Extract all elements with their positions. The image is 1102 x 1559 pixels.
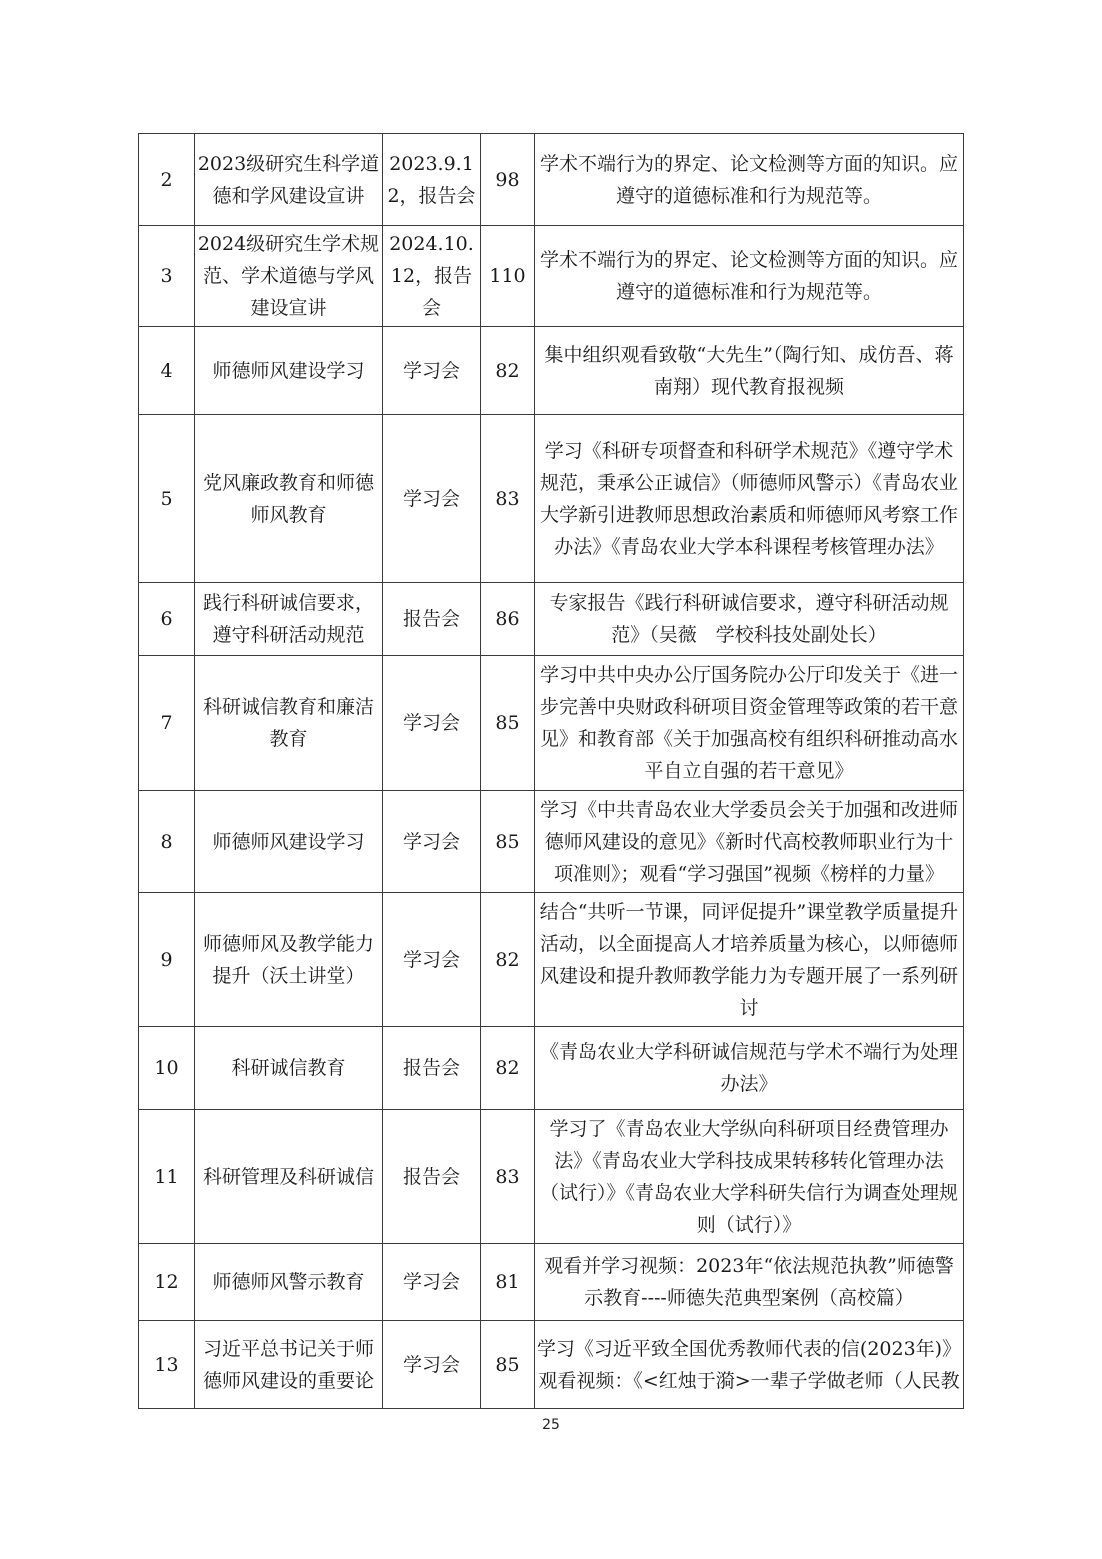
participant-count-cell: 83 — [481, 1110, 535, 1244]
row-number-cell: 8 — [139, 791, 195, 893]
activity-content-cell: 学习了《青岛农业大学纵向科研项目经费管理办法》《青岛农业大学科技成果转移转化管理… — [535, 1110, 964, 1244]
participant-count-cell: 85 — [481, 1321, 535, 1409]
table-row: 12师德师风警示教育学习会81观看并学习视频：2023年“依法规范执教”师德警示… — [139, 1244, 964, 1321]
activity-title-cell: 践行科研诚信要求，遵守科研活动规范 — [195, 583, 383, 656]
table-row: 8师德师风建设学习学习会85学习《中共青岛农业大学委员会关于加强和改进师德师风建… — [139, 791, 964, 893]
activity-title-cell: 科研管理及科研诚信 — [195, 1110, 383, 1244]
row-number-cell: 2 — [139, 134, 195, 226]
activity-content-cell: 观看并学习视频：2023年“依法规范执教”师德警示教育----师德失范典型案例（… — [535, 1244, 964, 1321]
activity-form-cell: 学习会 — [383, 1244, 481, 1321]
activity-form-cell: 2024.10.12，报告会 — [383, 226, 481, 327]
participant-count-cell: 85 — [481, 791, 535, 893]
activity-form-cell: 2023.9.12，报告会 — [383, 134, 481, 226]
table-row: 13习近平总书记关于师德师风建设的重要论学习会85学习《习近平致全国优秀教师代表… — [139, 1321, 964, 1409]
activity-content-cell: 学术不端行为的界定、论文检测等方面的知识。应遵守的道德标准和行为规范等。 — [535, 134, 964, 226]
activity-title-cell: 科研诚信教育 — [195, 1027, 383, 1110]
activity-form-cell: 报告会 — [383, 1110, 481, 1244]
participant-count-cell: 86 — [481, 583, 535, 656]
page-number: 25 — [0, 1417, 1102, 1433]
activity-title-cell: 科研诚信教育和廉洁教育 — [195, 656, 383, 791]
table-row: 9师德师风及教学能力提升（沃土讲堂）学习会82结合“共听一节课，同评促提升”课堂… — [139, 893, 964, 1027]
participant-count-cell: 110 — [481, 226, 535, 327]
table-row: 6践行科研诚信要求，遵守科研活动规范报告会86专家报告《践行科研诚信要求，遵守科… — [139, 583, 964, 656]
activity-content-cell: 《青岛农业大学科研诚信规范与学术不端行为处理办法》 — [535, 1027, 964, 1110]
activity-title-cell: 2023级研究生科学道德和学风建设宣讲 — [195, 134, 383, 226]
participant-count-cell: 85 — [481, 656, 535, 791]
activity-form-cell: 学习会 — [383, 327, 481, 415]
activity-form-cell: 学习会 — [383, 1321, 481, 1409]
activity-form-cell: 学习会 — [383, 893, 481, 1027]
row-number-cell: 3 — [139, 226, 195, 327]
activity-title-cell: 习近平总书记关于师德师风建设的重要论 — [195, 1321, 383, 1409]
activity-content-cell: 学习《科研专项督查和科研学术规范》《遵守学术规范，秉承公正诚信》（师德师风警示）… — [535, 415, 964, 583]
activity-content-cell: 集中组织观看致敬“大先生”（陶行知、成仿吾、蒋南翔）现代教育报视频 — [535, 327, 964, 415]
activity-content-cell: 学习《习近平致全国优秀教师代表的信(2023年)》观看视频：《<红烛于漪>一辈子… — [535, 1321, 964, 1409]
activity-form-cell: 学习会 — [383, 415, 481, 583]
table-row: 7科研诚信教育和廉洁教育学习会85学习中共中央办公厅国务院办公厅印发关于《进一步… — [139, 656, 964, 791]
row-number-cell: 5 — [139, 415, 195, 583]
participant-count-cell: 82 — [481, 327, 535, 415]
participant-count-cell: 98 — [481, 134, 535, 226]
row-number-cell: 13 — [139, 1321, 195, 1409]
table-row: 32024级研究生学术规范、学术道德与学风建设宣讲2024.10.12，报告会1… — [139, 226, 964, 327]
activity-content-cell: 结合“共听一节课，同评促提升”课堂教学质量提升活动，以全面提高人才培养质量为核心… — [535, 893, 964, 1027]
activity-title-cell: 师德师风建设学习 — [195, 791, 383, 893]
table-row: 10科研诚信教育报告会82《青岛农业大学科研诚信规范与学术不端行为处理办法》 — [139, 1027, 964, 1110]
table-row: 4师德师风建设学习学习会82集中组织观看致敬“大先生”（陶行知、成仿吾、蒋南翔）… — [139, 327, 964, 415]
participant-count-cell: 81 — [481, 1244, 535, 1321]
activity-table: 22023级研究生科学道德和学风建设宣讲2023.9.12，报告会98学术不端行… — [138, 133, 964, 1409]
row-number-cell: 4 — [139, 327, 195, 415]
activity-content-cell: 学习《中共青岛农业大学委员会关于加强和改进师德师风建设的意见》《新时代高校教师职… — [535, 791, 964, 893]
table-row: 22023级研究生科学道德和学风建设宣讲2023.9.12，报告会98学术不端行… — [139, 134, 964, 226]
activity-content-cell: 专家报告《践行科研诚信要求，遵守科研活动规范》（吴薇 学校科技处副处长） — [535, 583, 964, 656]
participant-count-cell: 82 — [481, 893, 535, 1027]
row-number-cell: 7 — [139, 656, 195, 791]
activity-form-cell: 报告会 — [383, 583, 481, 656]
row-number-cell: 9 — [139, 893, 195, 1027]
participant-count-cell: 83 — [481, 415, 535, 583]
activity-form-cell: 报告会 — [383, 1027, 481, 1110]
activity-title-cell: 党风廉政教育和师德师风教育 — [195, 415, 383, 583]
activity-form-cell: 学习会 — [383, 656, 481, 791]
activity-content-cell: 学习中共中央办公厅国务院办公厅印发关于《进一步完善中央财政科研项目资金管理等政策… — [535, 656, 964, 791]
row-number-cell: 12 — [139, 1244, 195, 1321]
row-number-cell: 6 — [139, 583, 195, 656]
activity-title-cell: 师德师风及教学能力提升（沃土讲堂） — [195, 893, 383, 1027]
activity-title-cell: 师德师风警示教育 — [195, 1244, 383, 1321]
activity-title-cell: 2024级研究生学术规范、学术道德与学风建设宣讲 — [195, 226, 383, 327]
activity-form-cell: 学习会 — [383, 791, 481, 893]
row-number-cell: 10 — [139, 1027, 195, 1110]
activity-content-cell: 学术不端行为的界定、论文检测等方面的知识。应遵守的道德标准和行为规范等。 — [535, 226, 964, 327]
row-number-cell: 11 — [139, 1110, 195, 1244]
participant-count-cell: 82 — [481, 1027, 535, 1110]
table-row: 5党风廉政教育和师德师风教育学习会83学习《科研专项督查和科研学术规范》《遵守学… — [139, 415, 964, 583]
table-row: 11科研管理及科研诚信报告会83学习了《青岛农业大学纵向科研项目经费管理办法》《… — [139, 1110, 964, 1244]
activity-title-cell: 师德师风建设学习 — [195, 327, 383, 415]
